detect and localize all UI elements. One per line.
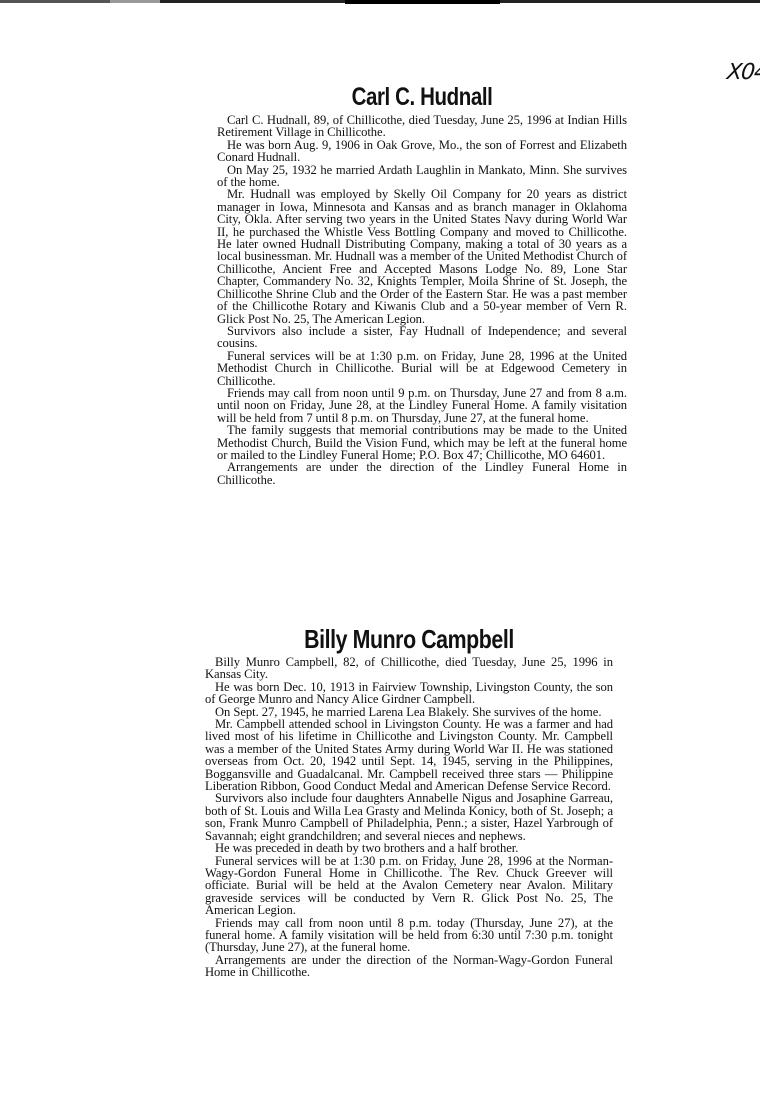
paragraph: He was preceded in death by two brothers… [205, 842, 613, 854]
obituary-heading: Billy Munro Campbell [242, 625, 577, 653]
paragraph: The family suggests that memorial contri… [217, 424, 627, 461]
paragraph: On May 25, 1932 he married Ardath Laughl… [217, 164, 627, 189]
paragraph: Mr. Campbell attended school in Livingst… [205, 718, 613, 792]
obituary-heading: Carl C. Hudnall [254, 83, 590, 111]
paragraph: Carl C. Hudnall, 89, of Chillicothe, die… [217, 114, 627, 139]
obituary-billy-campbell: Billy Munro Campbell Billy Munro Campbel… [205, 625, 613, 979]
paragraph: Arrangements are under the direction of … [217, 461, 627, 486]
paragraph: Survivors also include four daughters An… [205, 792, 613, 842]
paragraph: Mr. Hudnall was employed by Skelly Oil C… [217, 188, 627, 324]
paragraph: Friends may call from noon until 9 p.m. … [217, 387, 627, 424]
obituary-carl-hudnall: Carl C. Hudnall Carl C. Hudnall, 89, of … [217, 83, 627, 486]
paragraph: Funeral services will be at 1:30 p.m. on… [205, 855, 613, 917]
paragraph: Friends may call from noon until 8 p.m. … [205, 917, 613, 954]
paragraph: He was born Aug. 9, 1906 in Oak Grove, M… [217, 139, 627, 164]
paragraph: Survivors also include a sister, Fay Hud… [217, 325, 627, 350]
paragraph: He was born Dec. 10, 1913 in Fairview To… [205, 681, 613, 706]
paragraph: Arrangements are under the direction of … [205, 954, 613, 979]
paragraph: Funeral services will be at 1:30 p.m. on… [217, 350, 627, 387]
paragraph: Billy Munro Campbell, 82, of Chillicothe… [205, 656, 613, 681]
scan-top-edge-mark [345, 0, 500, 4]
handwritten-annotation: X04 [726, 60, 760, 85]
